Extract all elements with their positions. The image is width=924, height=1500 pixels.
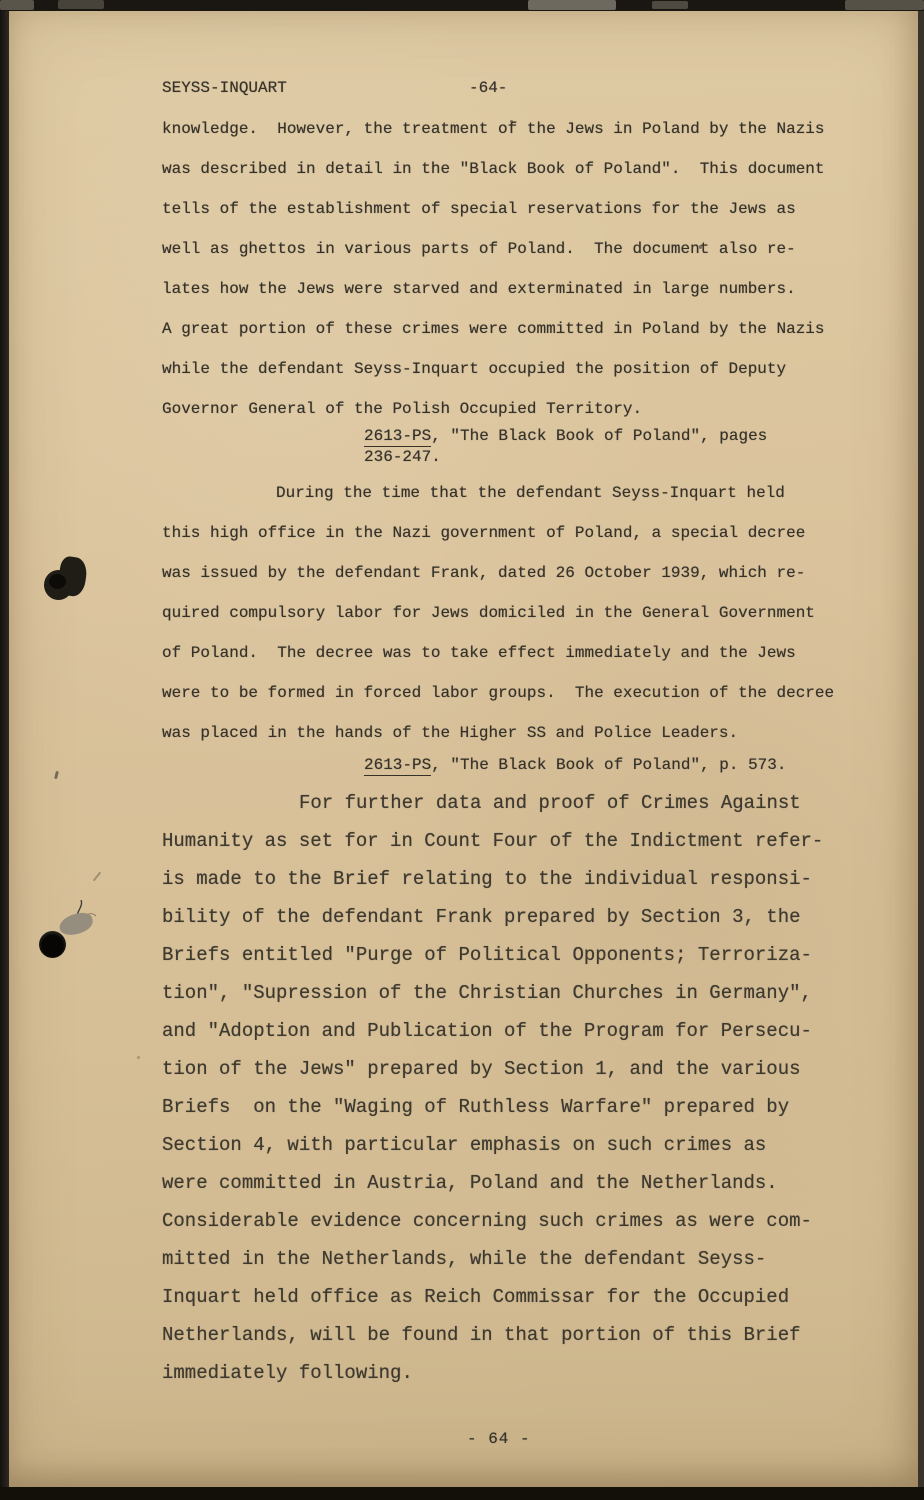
citation-1-exhibit-number: 2613-PS	[364, 427, 431, 447]
punch-hole-top	[44, 557, 88, 603]
paper-speck	[510, 120, 513, 123]
scan-edge-bottom	[0, 1487, 924, 1500]
body-paragraph-2: During the time that the defendant Seyss…	[162, 473, 862, 753]
scan-artifact	[528, 0, 616, 10]
page-number-top: -64-	[469, 78, 507, 98]
scan-artifact	[58, 0, 104, 9]
citation-1: 2613-PS, "The Black Book of Poland", pag…	[364, 426, 767, 468]
citation-1-reference: , "The Black Book of Poland", pages	[431, 427, 767, 445]
scan-artifact	[0, 0, 34, 10]
punch-hole-bottom	[39, 931, 66, 958]
document-header-title: SEYSS-INQUART	[162, 78, 287, 98]
paper-speck	[137, 1056, 140, 1059]
scan-edge-top	[0, 0, 924, 11]
scan-edge-left	[0, 0, 9, 1500]
body-paragraph-1: knowledge. However, the treatment of the…	[162, 109, 862, 429]
paper-speck	[699, 245, 702, 249]
punch-hole-top-core	[49, 574, 66, 589]
paper-page: SEYSS-INQUART -64- knowledge. However, t…	[9, 10, 919, 1487]
citation-1-pages: 236-247.	[364, 448, 441, 466]
citation-2: 2613-PS, "The Black Book of Poland", p. …	[364, 755, 786, 776]
scan-artifact	[652, 1, 688, 9]
paper-speck	[93, 872, 101, 882]
scan-background: SEYSS-INQUART -64- knowledge. However, t…	[0, 0, 924, 1500]
body-paragraph-3: For further data and proof of Crimes Aga…	[162, 784, 892, 1392]
citation-2-exhibit-number: 2613-PS	[364, 756, 431, 776]
page-number-bottom: - 64 -	[467, 1429, 531, 1449]
scan-artifact	[845, 0, 924, 10]
paper-speck	[54, 771, 59, 779]
citation-2-reference: , "The Black Book of Poland", p. 573.	[431, 756, 786, 774]
scan-edge-right	[918, 0, 924, 1500]
